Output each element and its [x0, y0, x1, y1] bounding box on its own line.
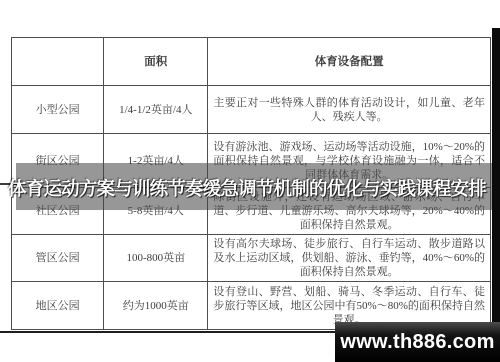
- config-cell: 设有高尔夫球场、徒步旅行、自行车运动、散步道路以及水上运动区域，供划船、游泳、垂…: [208, 235, 491, 282]
- site-watermark-badge: www.th886.com: [335, 322, 500, 362]
- header-equipment-config: 体育设备配置: [208, 38, 491, 86]
- header-area: 面积: [104, 38, 208, 86]
- bottom-divider-line: [0, 331, 345, 333]
- table-header-row: 面积 体育设备配置: [12, 38, 491, 86]
- park-type-cell: 地区公园: [12, 282, 104, 330]
- site-watermark-text: www.th886.com: [340, 331, 494, 354]
- table-row: 管区公园 100-800英亩 设有高尔夫球场、徒步旅行、自行车运动、散步道路以及…: [12, 235, 491, 282]
- area-cell: 100-800英亩: [104, 235, 208, 282]
- table-row: 小型公园 1/4-1/2英亩/4人 主要正对一些特殊人群的体育活动设计，如儿童、…: [12, 86, 491, 134]
- park-type-cell: 小型公园: [12, 86, 104, 134]
- area-cell: 约为1000英亩: [104, 282, 208, 330]
- area-cell: 1/4-1/2英亩/4人: [104, 86, 208, 134]
- park-type-cell: 管区公园: [12, 235, 104, 282]
- page-stage: 面积 体育设备配置 小型公园 1/4-1/2英亩/4人 主要正对一些特殊人群的体…: [0, 0, 500, 362]
- config-cell: 主要正对一些特殊人群的体育活动设计，如儿童、老年人、残疾人等。: [208, 86, 491, 134]
- header-park-type: [12, 38, 104, 86]
- watermark-title: 体育运动方案与训练节奏缓急调节机制的优化与实践课程安排: [0, 175, 494, 201]
